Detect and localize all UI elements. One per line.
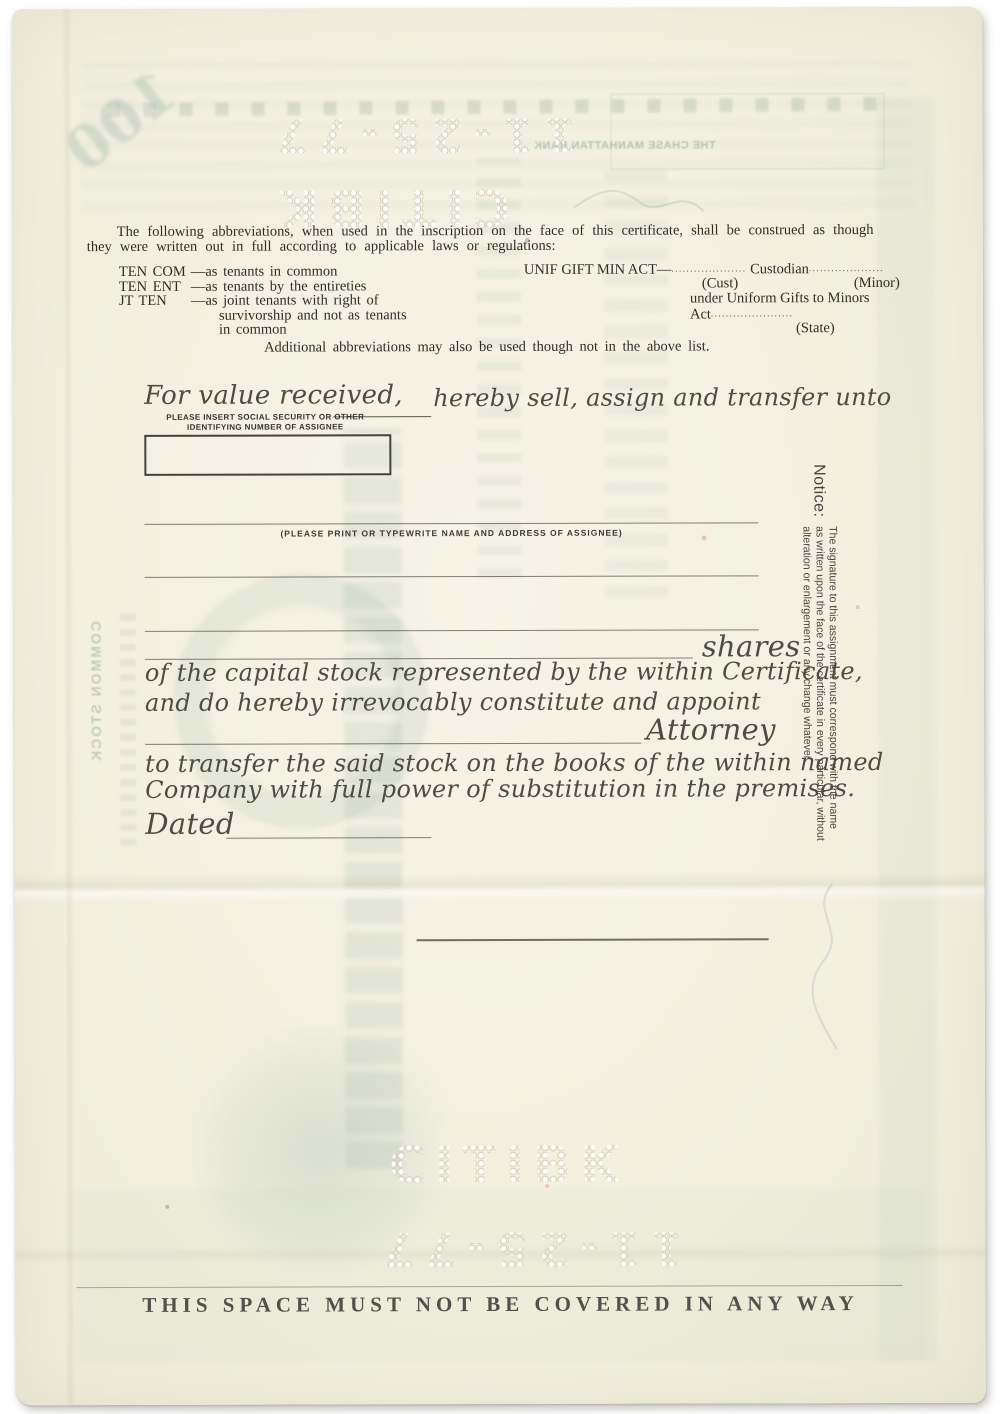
assignee-write-line (145, 522, 759, 525)
abbreviations-additional-note: Additional abbreviations may also be use… (264, 338, 709, 356)
abbreviations-intro: The following abbreviations, when used i… (87, 223, 911, 255)
signature-notice-block: Notice: The signature to this assignment… (799, 464, 870, 882)
abbr-act: Act...................... (690, 306, 793, 322)
showthrough-small-text-column (120, 611, 137, 846)
abbr-cust: (Cust) (702, 276, 738, 291)
abbr-under-minors: under Uniform Gifts to Minors (690, 291, 870, 306)
dated-word: Dated (145, 807, 235, 841)
hereby-sell-text: hereby sell, assign and transfer unto (433, 383, 891, 412)
notice-label: Notice: (810, 464, 826, 517)
full-power-line: Company with full power of substitution … (145, 774, 855, 804)
footer-rule (77, 1285, 903, 1288)
notice-line3: alteration or enlargement or any change … (800, 526, 814, 841)
dotted-leader: .................... (809, 263, 884, 273)
abbr-act-label: Act (690, 306, 711, 322)
notice-line1: The signature to this assignment must co… (826, 526, 840, 841)
showthrough-signature-top (569, 183, 709, 223)
signature-line (417, 938, 769, 940)
footer-warning-text: THIS SPACE MUST NOT BE COVERED IN ANY WA… (16, 1291, 986, 1319)
certificate-paper: 100 THE CHASE MANHATTAN BANK COMMON STOC… (12, 7, 986, 1406)
abbreviations-list-left: TEN COM—as tenants in common TEN ENT—as … (119, 264, 407, 338)
ssn-entry-box (144, 434, 391, 476)
ssn-caption-line2: IDENTIFYING NUMBER OF ASSIGNEE (131, 422, 399, 432)
abbr-unif-label: UNIF GIFT MIN ACT— (524, 262, 672, 278)
ssn-caption-line1: PLEASE INSERT SOCIAL SECURITY OR OTHER (131, 412, 399, 422)
abbr-term: TEN ENT (119, 279, 191, 294)
ssn-box-caption: PLEASE INSERT SOCIAL SECURITY OR OTHER I… (131, 412, 399, 432)
assignee-write-line (145, 575, 759, 578)
abbr-custodian: Custodian (750, 261, 809, 277)
assignee-caption: (PLEASE PRINT OR TYPEWRITE NAME AND ADDR… (145, 527, 759, 539)
abbr-jt-ten-cont2: in common (119, 323, 407, 338)
perforation-date-top: 11-25-77 (266, 108, 576, 163)
abbr-term: TEN COM (119, 265, 191, 280)
perforation-date-bottom: 11-25-77 (373, 1222, 683, 1277)
abbreviations-list-right: UNIF GIFT MIN ACT—.................... C… (524, 261, 914, 262)
abbreviations-intro-line2: they were written out in full according … (87, 238, 911, 255)
attorney-write-line (145, 743, 641, 745)
scanned-certificate-back: 100 THE CHASE MANHATTAN BANK COMMON STOC… (0, 0, 1000, 1414)
notice-text: The signature to this assignment must co… (800, 526, 840, 841)
attorney-word: Attorney (646, 712, 776, 746)
showthrough-shares-box (610, 93, 884, 170)
notice-line2: as written upon the face of the certific… (813, 526, 827, 841)
abbr-state: (State) (796, 321, 835, 336)
showthrough-denomination-100: 100 (52, 57, 189, 185)
perforation-bank-bottom: CITIBK (389, 1136, 628, 1195)
ink-speck (165, 1205, 169, 1209)
abbr-minor: (Minor) (854, 276, 900, 291)
capital-stock-line: of the capital stock represented by the … (145, 657, 863, 687)
assignee-write-line (145, 629, 759, 632)
paper-crease-vertical (62, 9, 75, 1405)
dotted-leader: ...................... (711, 308, 794, 318)
abbr-term: JT TEN (119, 294, 191, 309)
signature-notice-rotated: Notice: The signature to this assignment… (799, 464, 870, 882)
showthrough-common-stock-label: COMMON STOCK (88, 621, 105, 831)
showthrough-signature-vertical (802, 879, 852, 1054)
dated-write-line (226, 837, 431, 839)
dotted-leader: .................... (671, 263, 746, 273)
